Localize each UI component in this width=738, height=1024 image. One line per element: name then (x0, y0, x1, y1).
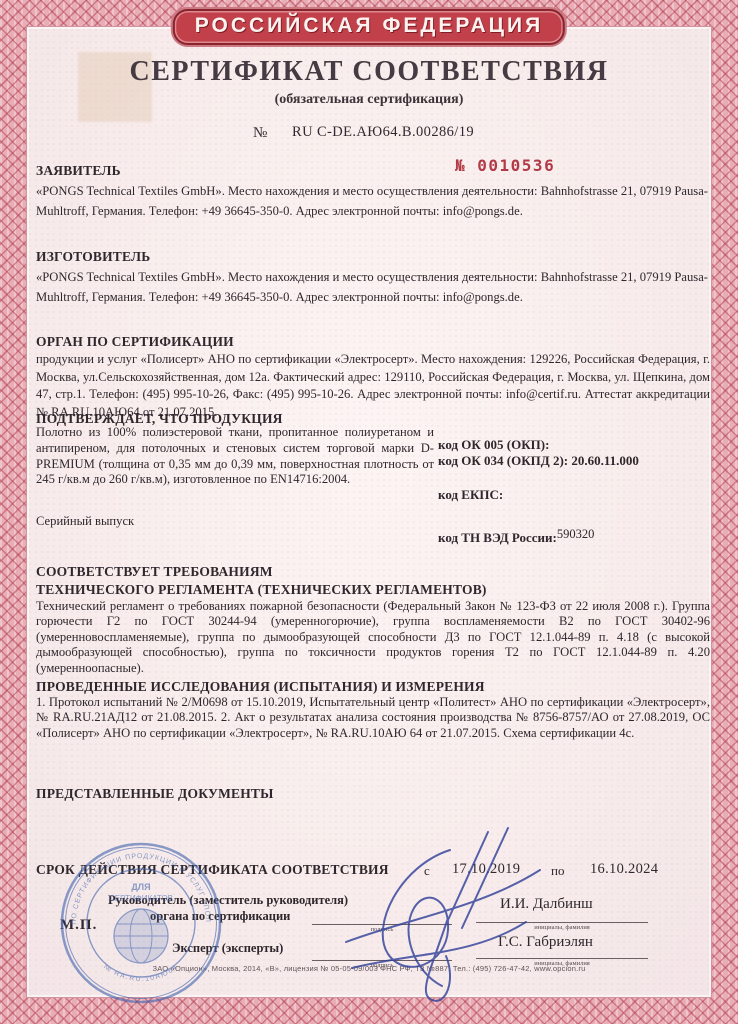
certification-body-heading: ОРГАН ПО СЕРТИФИКАЦИИ (36, 334, 234, 350)
applicant-body: «PONGS Technical Textiles GmbH». Место н… (36, 181, 708, 221)
stamp-center-line2: СЕРТИФИКАТОВ (109, 894, 173, 903)
handwritten-signature (330, 820, 550, 1005)
product-serial: Серийный выпуск (36, 514, 134, 529)
stamp-center-line1: ДЛЯ (131, 882, 150, 892)
documents-heading: ПРЕДСТАВЛЕННЫЕ ДОКУМЕНТЫ (36, 786, 274, 802)
validity-to-label: по (551, 863, 564, 879)
compliance-body: Технический регламент о требованиях пожа… (36, 599, 710, 676)
document-subtitle: (обязательная сертификация) (0, 92, 738, 108)
code-ekps: код ЕКПС: (438, 487, 503, 503)
certificate-number-label: № (253, 125, 267, 142)
stamp-bottom-text: № RA.RU.10АЮ64 (102, 963, 180, 983)
product-description: Полотно из 100% полиэстеровой ткани, про… (36, 425, 434, 488)
code-okpd2: код ОК 034 (ОКПД 2): 20.60.11.000 (438, 453, 639, 469)
validity-to-date: 16.10.2024 (590, 861, 658, 878)
code-okp: код ОК 005 (ОКП): (438, 437, 549, 453)
research-heading: ПРОВЕДЕННЫЕ ИССЛЕДОВАНИЯ (ИСПЫТАНИЯ) И И… (36, 679, 485, 695)
header-banner: РОССИЙСКАЯ ФЕДЕРАЦИЯ (173, 9, 565, 45)
code-tnved: код ТН ВЭД России:590320 (438, 530, 594, 546)
certificate-number-value: RU C-DE.АЮ64.В.00286/19 (292, 124, 474, 141)
round-stamp-icon: ОРГАН ПО СЕРТИФИКАЦИИ ПРОДУКЦИИ И УСЛУГ … (56, 838, 226, 1008)
research-body: 1. Протокол испытаний № 2/М0698 от 15.10… (36, 695, 710, 741)
manufacturer-body: «PONGS Technical Textiles GmbH». Место н… (36, 267, 708, 307)
certificate-page: РОССИЙСКАЯ ФЕДЕРАЦИЯ СЕРТИФИКАТ СООТВЕТС… (0, 0, 738, 1024)
document-title: СЕРТИФИКАТ СООТВЕТСТВИЯ (0, 56, 738, 88)
compliance-heading-1: СООТВЕТСТВУЕТ ТРЕБОВАНИЯМ (36, 564, 273, 580)
compliance-heading-2: ТЕХНИЧЕСКОГО РЕГЛАМЕНТА (ТЕХНИЧЕСКИХ РЕГ… (36, 582, 487, 598)
applicant-heading: ЗАЯВИТЕЛЬ (36, 163, 121, 179)
banner-title: РОССИЙСКАЯ ФЕДЕРАЦИЯ (195, 14, 543, 37)
svg-text:№ RA.RU.10АЮ64: № RA.RU.10АЮ64 (102, 963, 180, 983)
manufacturer-heading: ИЗГОТОВИТЕЛЬ (36, 249, 150, 265)
blank-number: № 0010536 (455, 156, 555, 175)
